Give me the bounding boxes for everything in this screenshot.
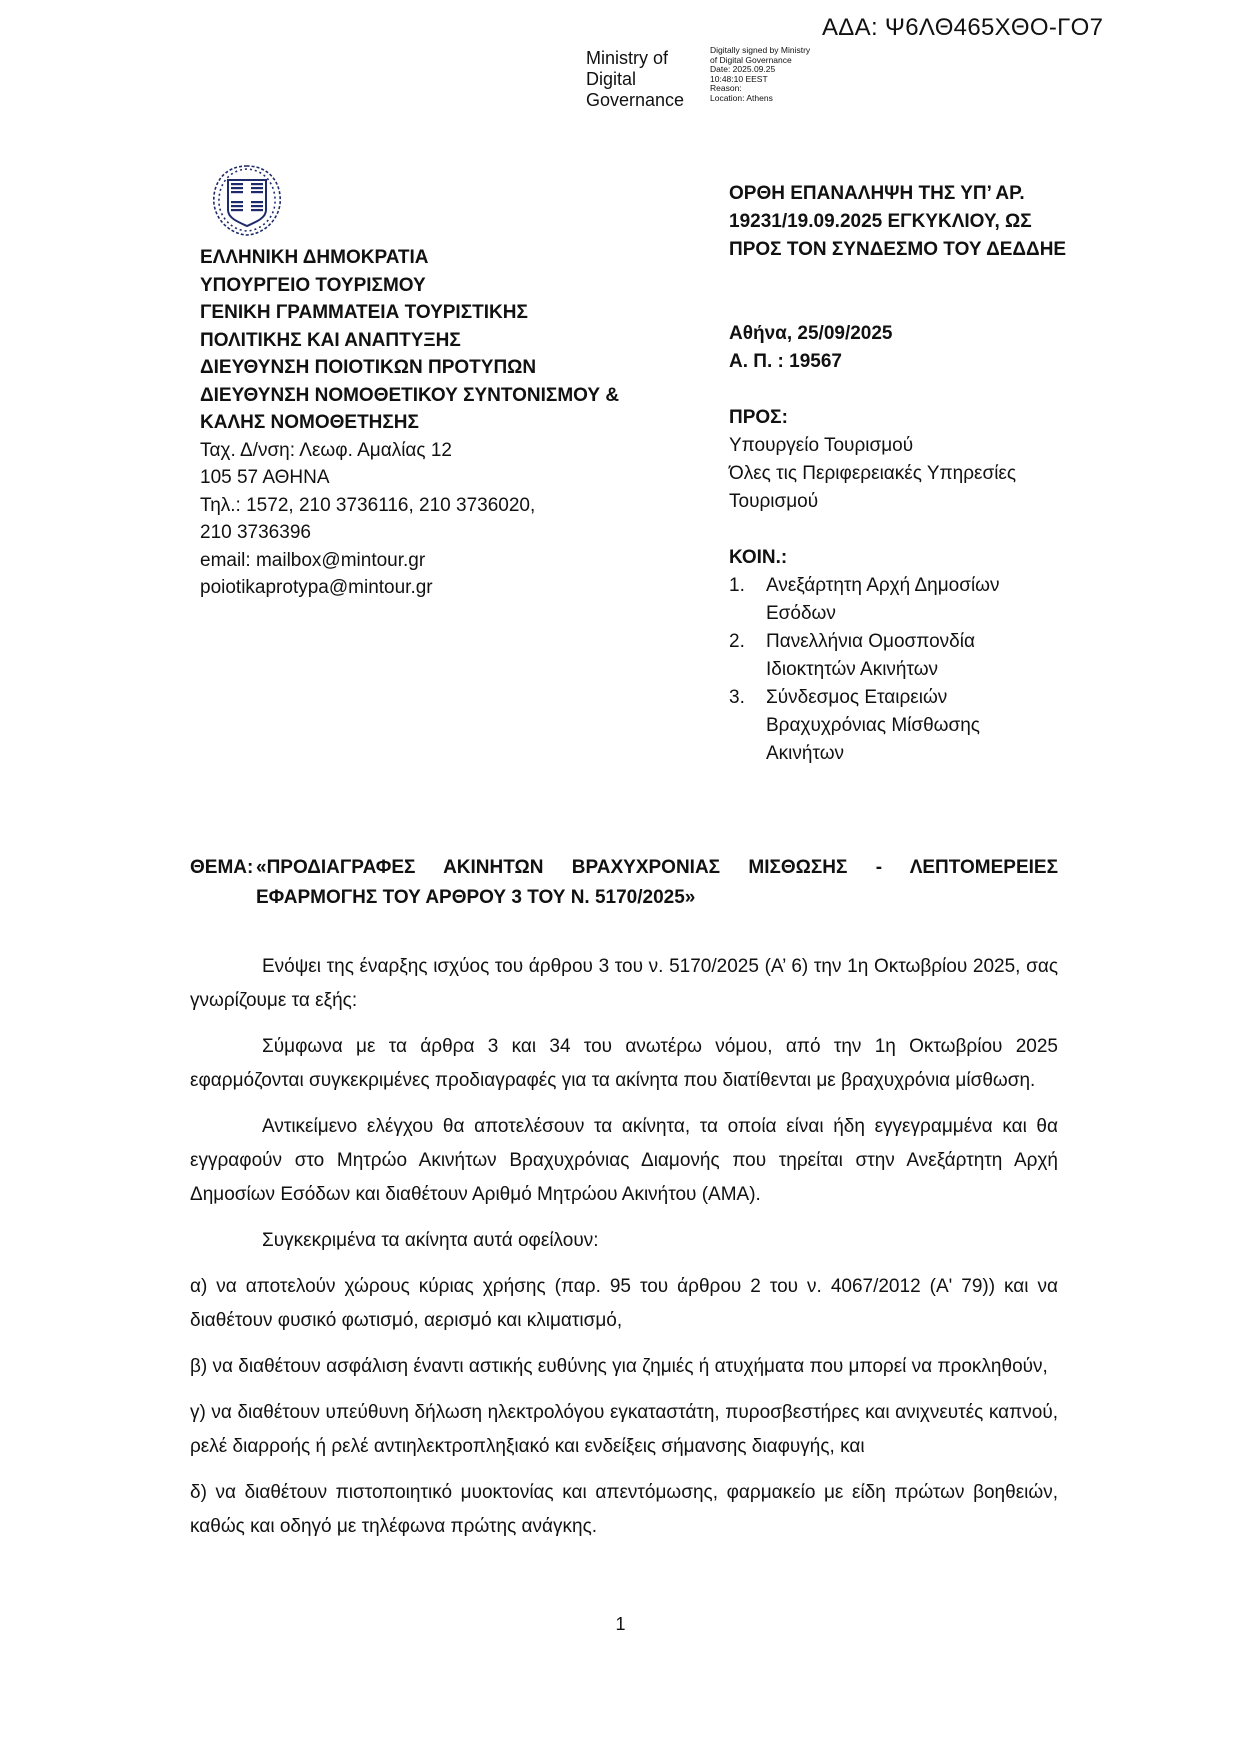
cc-item-number: 1. bbox=[729, 572, 745, 600]
sender-address: Ταχ. Δ/νση: Λεωφ. Αμαλίας 12 bbox=[200, 437, 660, 465]
sender-email[interactable]: poiotikaprotypa@mintour.gr bbox=[200, 574, 660, 602]
cc-item-line: Βραχυχρόνιας Μίσθωσης bbox=[766, 712, 1129, 740]
cc-item-line: Πανελλήνια Ομοσπονδία bbox=[766, 628, 1129, 656]
sender-block: ΕΛΛΗΝΙΚΗ ΔΗΜΟΚΡΑΤΙΑ ΥΠΟΥΡΓΕΙΟ ΤΟΥΡΙΣΜΟΥ … bbox=[200, 244, 660, 602]
cc-item-line: Ανεξάρτητη Αρχή Δημοσίων bbox=[766, 572, 1129, 600]
requirement-item: β) να διαθέτουν ασφάλιση έναντι αστικής … bbox=[190, 1350, 1058, 1384]
cc-block: ΚΟΙΝ.: 1. Ανεξάρτητη Αρχή Δημοσίων Εσόδω… bbox=[729, 544, 1129, 768]
date-protocol-block: Αθήνα, 25/09/2025 Α. Π. : 19567 bbox=[729, 320, 893, 376]
cc-label: ΚΟΙΝ.: bbox=[729, 544, 1129, 572]
requirement-item: γ) να διαθέτουν υπεύθυνη δήλωση ηλεκτρολ… bbox=[190, 1396, 1058, 1464]
signer-line: Governance bbox=[586, 90, 684, 111]
sender-heading-line: ΓΕΝΙΚΗ ΓΡΑΜΜΑΤΕΙΑ ΤΟΥΡΙΣΤΙΚΗΣ bbox=[200, 299, 660, 327]
sender-heading-line: ΠΟΛΙΤΙΚΗΣ ΚΑΙ ΑΝΑΠΤΥΞΗΣ bbox=[200, 327, 660, 355]
recipient-line: Όλες τις Περιφερειακές Υπηρεσίες bbox=[729, 460, 1129, 488]
correction-notice: ΟΡΘΗ ΕΠΑΝΑΛΗΨΗ ΤΗΣ ΥΠ’ ΑΡ. 19231/19.09.2… bbox=[729, 180, 1129, 264]
recipient-line: Υπουργείο Τουρισμού bbox=[729, 432, 1129, 460]
sender-heading-line: ΥΠΟΥΡΓΕΙΟ ΤΟΥΡΙΣΜΟΥ bbox=[200, 272, 660, 300]
body-paragraph: Σύμφωνα με τα άρθρα 3 και 34 του ανωτέρω… bbox=[190, 1030, 1058, 1098]
sender-phone: 210 3736396 bbox=[200, 519, 660, 547]
correction-line: 19231/19.09.2025 ΕΓΚΥΚΛΙΟΥ, ΩΣ bbox=[729, 208, 1129, 236]
cc-item-number: 2. bbox=[729, 628, 745, 656]
sender-email[interactable]: email: mailbox@mintour.gr bbox=[200, 547, 660, 575]
body-paragraph: Αντικείμενο ελέγχου θα αποτελέσουν τα ακ… bbox=[190, 1110, 1058, 1212]
recipients-block: ΠΡΟΣ: Υπουργείο Τουρισμού Όλες τις Περιφ… bbox=[729, 404, 1129, 516]
signature-detail-line: Location: Athens bbox=[710, 94, 810, 104]
body-paragraph: Συγκεκριμένα τα ακίνητα αυτά οφείλουν: bbox=[190, 1224, 1058, 1258]
requirement-item: α) να αποτελούν χώρους κύριας χρήσης (πα… bbox=[190, 1270, 1058, 1338]
place-date: Αθήνα, 25/09/2025 bbox=[729, 320, 893, 348]
cc-item-line: Ακινήτων bbox=[766, 740, 1129, 768]
recipient-line: Τουρισμού bbox=[729, 488, 1129, 516]
ada-code: ΑΔΑ: Ψ6ΛΘ465ΧΘΟ-ΓΟ7 bbox=[822, 14, 1103, 42]
signer-line: Ministry of bbox=[586, 48, 684, 69]
subject-line: ΕΦΑΡΜΟΓΗΣ ΤΟΥ ΑΡΘΡΟΥ 3 ΤΟΥ Ν. 5170/2025» bbox=[256, 887, 695, 908]
cc-item-line: Σύνδεσμος Εταιρειών bbox=[766, 684, 1129, 712]
cc-item: 3. Σύνδεσμος Εταιρειών Βραχυχρόνιας Μίσθ… bbox=[729, 684, 1129, 768]
body-paragraph: Ενόψει της έναρξης ισχύος του άρθρου 3 τ… bbox=[190, 950, 1058, 1018]
letter-body: Ενόψει της έναρξης ισχύος του άρθρου 3 τ… bbox=[190, 950, 1058, 1556]
cc-item: 1. Ανεξάρτητη Αρχή Δημοσίων Εσόδων bbox=[729, 572, 1129, 628]
signer-line: Digital bbox=[586, 69, 684, 90]
recipients-label: ΠΡΟΣ: bbox=[729, 404, 1129, 432]
subject-label: ΘΕΜΑ: bbox=[190, 853, 253, 883]
protocol-number: Α. Π. : 19567 bbox=[729, 348, 893, 376]
cc-item-number: 3. bbox=[729, 684, 745, 712]
sender-heading-line: ΔΙΕΥΘΥΝΣΗ ΠΟΙΟΤΙΚΩΝ ΠΡΟΤΥΠΩΝ bbox=[200, 354, 660, 382]
page-number: 1 bbox=[0, 1614, 1241, 1635]
sender-heading-line: ΔΙΕΥΘΥΝΣΗ ΝΟΜΟΘΕΤΙΚΟΥ ΣΥΝΤΟΝΙΣΜΟΥ & bbox=[200, 382, 660, 410]
cc-item-line: Εσόδων bbox=[766, 600, 1129, 628]
signature-signer: Ministry of Digital Governance bbox=[586, 48, 684, 111]
sender-heading-line: ΕΛΛΗΝΙΚΗ ΔΗΜΟΚΡΑΤΙΑ bbox=[200, 244, 660, 272]
subject-line: «ΠΡΟΔΙΑΓΡΑΦΕΣ ΑΚΙΝΗΤΩΝ ΒΡΑΧΥΧΡΟΝΙΑΣ ΜΙΣΘ… bbox=[256, 853, 1058, 883]
cc-list: 1. Ανεξάρτητη Αρχή Δημοσίων Εσόδων 2. Πα… bbox=[729, 572, 1129, 768]
sender-heading-line: ΚΑΛΗΣ ΝΟΜΟΘΕΤΗΣΗΣ bbox=[200, 409, 660, 437]
signature-details: Digitally signed by Ministry of Digital … bbox=[710, 46, 810, 103]
cc-item: 2. Πανελλήνια Ομοσπονδία Ιδιοκτητών Ακιν… bbox=[729, 628, 1129, 684]
correction-line: ΠΡΟΣ ΤΟΝ ΣΥΝΔΕΣΜΟ ΤΟΥ ΔΕΔΔΗΕ bbox=[729, 236, 1129, 264]
sender-phone: Τηλ.: 1572, 210 3736116, 210 3736020, bbox=[200, 492, 660, 520]
subject-block: ΘΕΜΑ: «ΠΡΟΔΙΑΓΡΑΦΕΣ ΑΚΙΝΗΤΩΝ ΒΡΑΧΥΧΡΟΝΙΑ… bbox=[190, 853, 1058, 913]
sender-postcode: 105 57 ΑΘΗΝΑ bbox=[200, 464, 660, 492]
greek-coat-of-arms-icon bbox=[206, 158, 288, 240]
subject-text: «ΠΡΟΔΙΑΓΡΑΦΕΣ ΑΚΙΝΗΤΩΝ ΒΡΑΧΥΧΡΟΝΙΑΣ ΜΙΣΘ… bbox=[256, 853, 1058, 913]
cc-item-line: Ιδιοκτητών Ακινήτων bbox=[766, 656, 1129, 684]
requirement-item: δ) να διαθέτουν πιστοποιητικό μυοκτονίας… bbox=[190, 1476, 1058, 1544]
correction-line: ΟΡΘΗ ΕΠΑΝΑΛΗΨΗ ΤΗΣ ΥΠ’ ΑΡ. bbox=[729, 180, 1129, 208]
